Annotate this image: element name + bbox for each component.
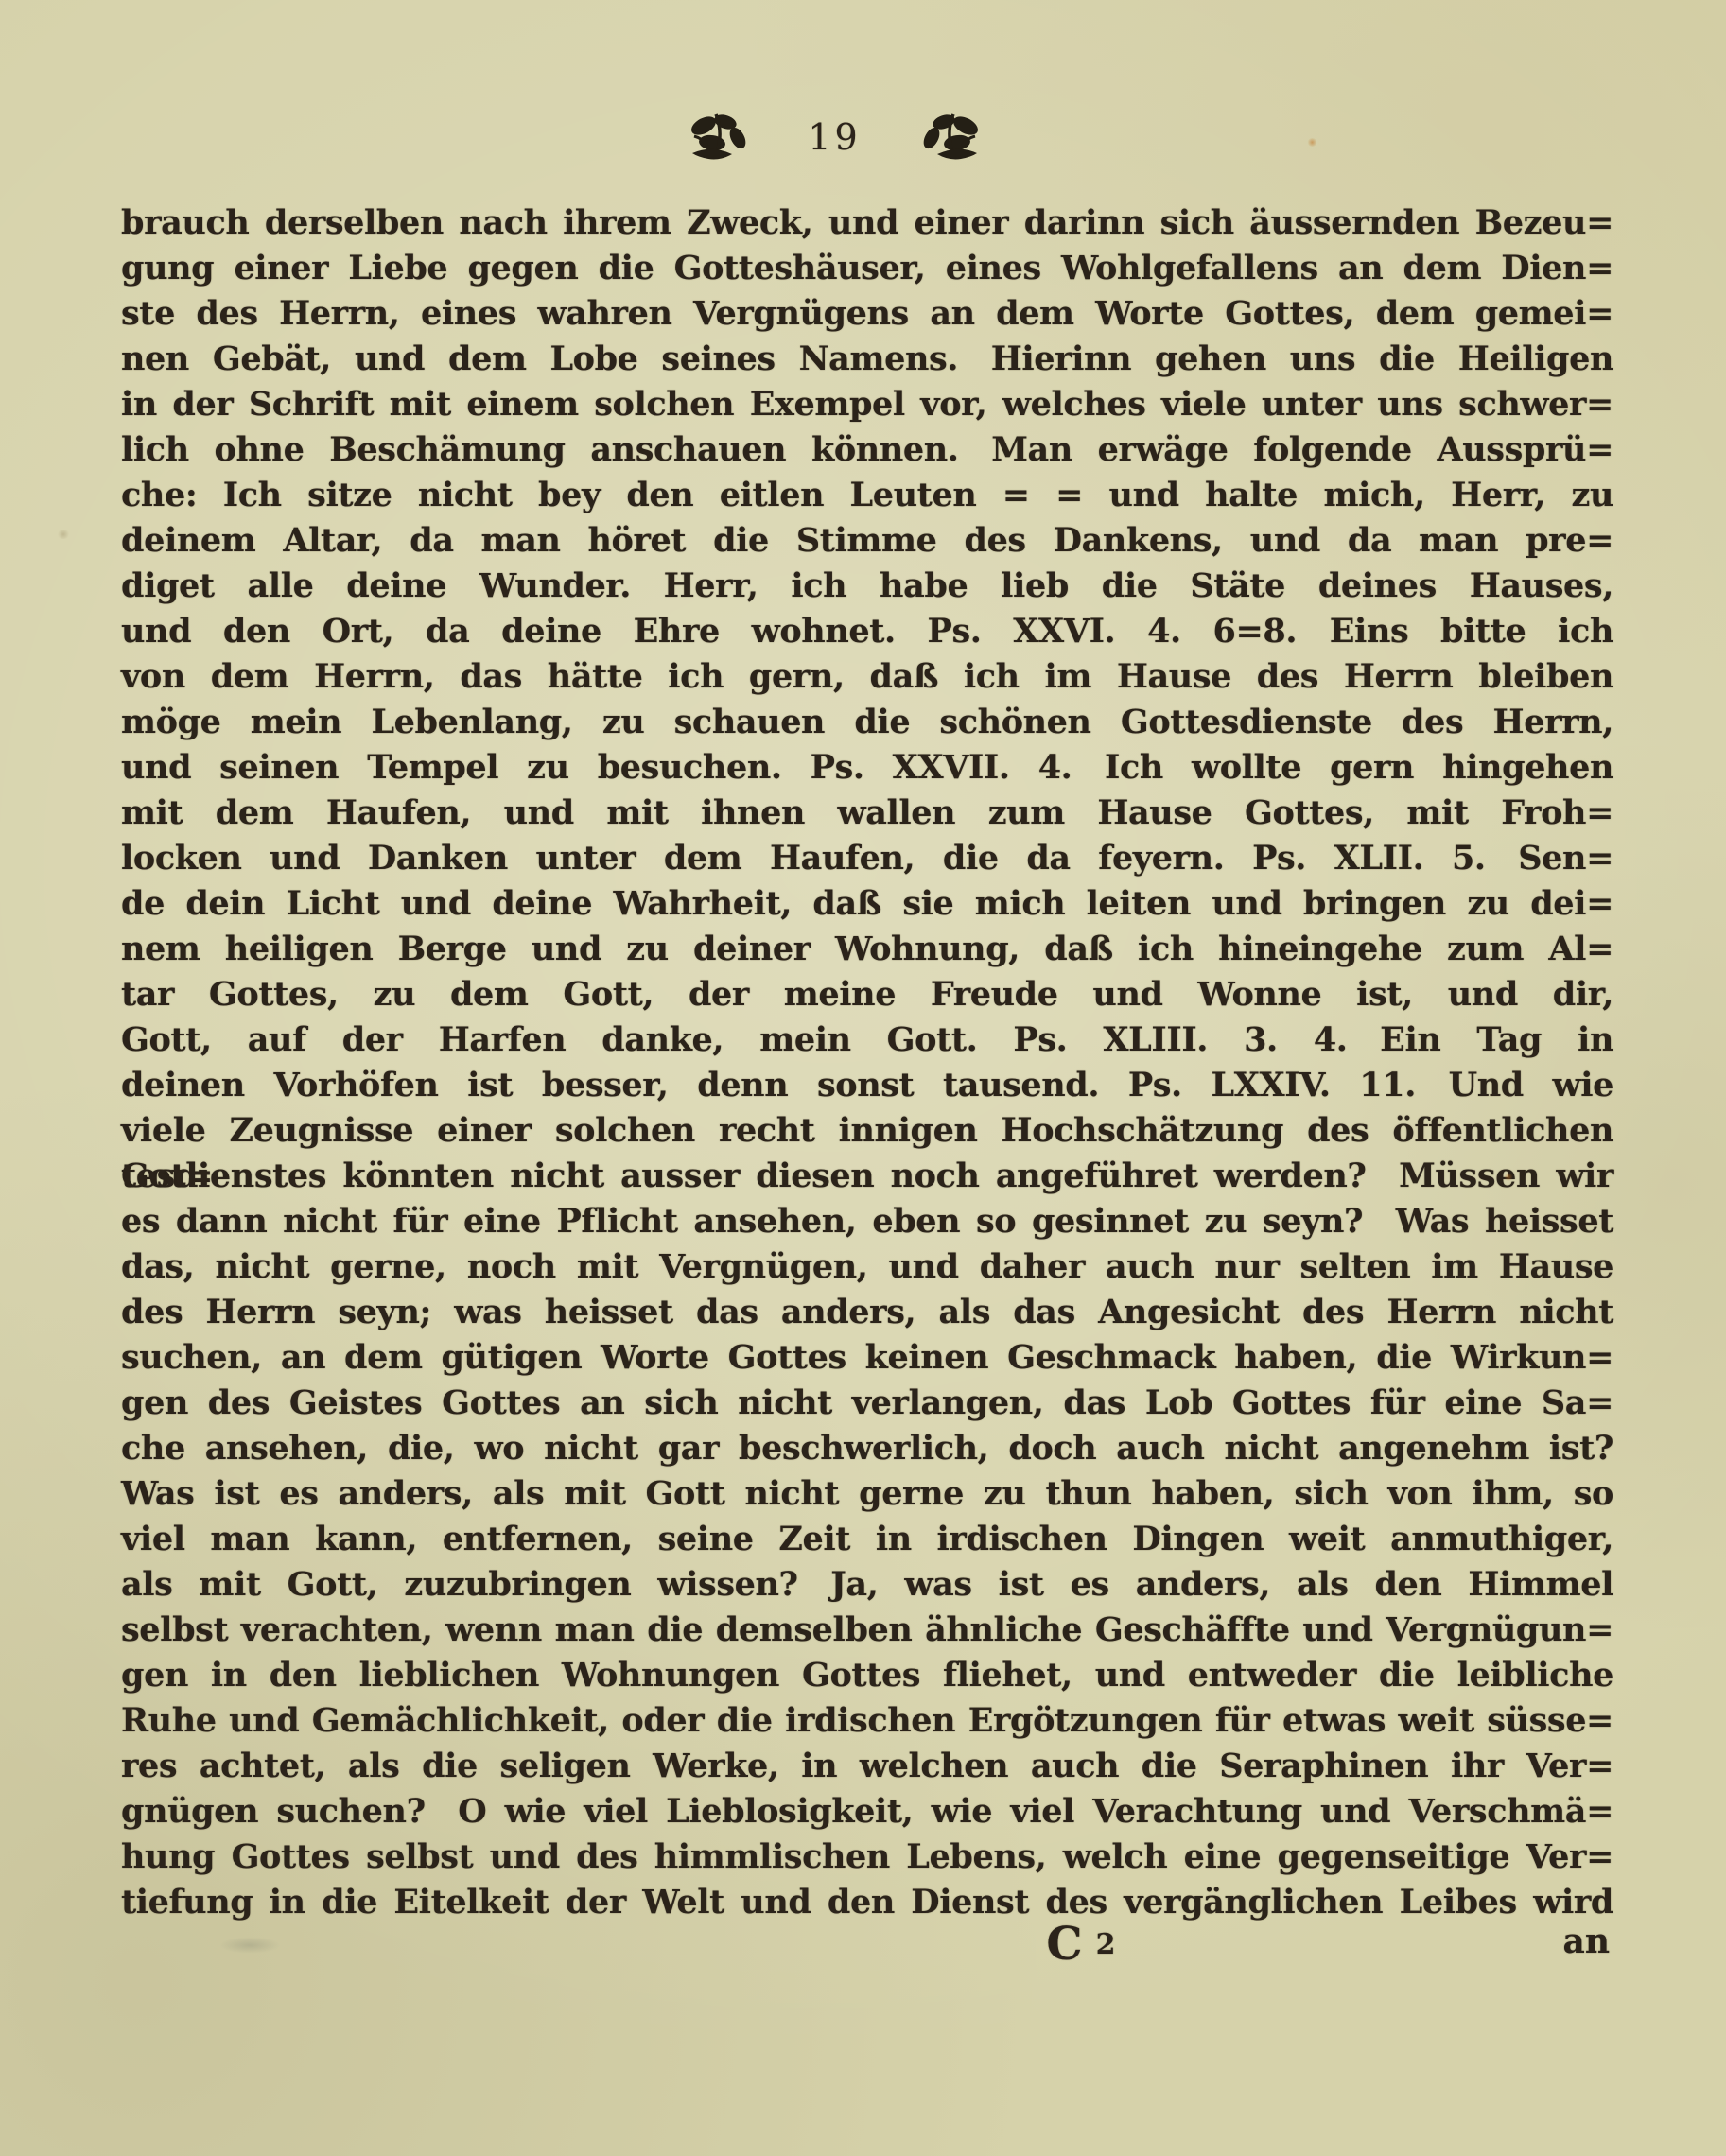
text-line: brauch derselben nach ihrem Zweck, und e… xyxy=(121,200,1613,246)
text-line: gen in den lieblichen Wohnungen Gottes f… xyxy=(121,1653,1613,1698)
text-line: Ruhe und Gemächlichkeit, oder die irdisc… xyxy=(121,1698,1613,1744)
text-line: de dein Licht und deine Wahrheit, daß si… xyxy=(121,881,1613,927)
signature-mark: C2 xyxy=(1046,1918,1115,1971)
book-page: 19 brauch derselben nach ihrem Zweck, un… xyxy=(0,0,1726,2156)
text-line: gung einer Liebe gegen die Gotteshäuser,… xyxy=(121,246,1613,291)
text-line: mit dem Haufen, und mit ihnen wallen zum… xyxy=(121,791,1613,836)
paper-smudge xyxy=(219,1937,280,1954)
text-line: und den Ort, da deine Ehre wohnet. Ps. X… xyxy=(121,609,1613,654)
page-footer: C2 an xyxy=(121,1918,1613,1974)
text-line: gen des Geistes Gottes an sich nicht ver… xyxy=(121,1381,1613,1426)
text-line: res achtet, als die seligen Werke, in we… xyxy=(121,1744,1613,1789)
text-line: von dem Herrn, das hätte ich gern, daß i… xyxy=(121,654,1613,700)
text-line: des Herrn seyn; was heisset das anders, … xyxy=(121,1290,1613,1335)
page-header: 19 xyxy=(0,110,1698,165)
fleuron-ornament-left-icon xyxy=(683,110,753,165)
text-line: Was ist es anders, als mit Gott nicht ge… xyxy=(121,1471,1613,1517)
text-line: tesdienstes könnten nicht ausser diesen … xyxy=(121,1154,1613,1199)
text-line: lich ohne Beschämung anschauen können. M… xyxy=(121,427,1613,473)
text-line: deinem Altar, da man höret die Stimme de… xyxy=(121,518,1613,564)
page-number: 19 xyxy=(808,116,861,158)
text-line: in der Schrift mit einem solchen Exempel… xyxy=(121,382,1613,427)
text-line: suchen, an dem gütigen Worte Gottes kein… xyxy=(121,1335,1613,1381)
text-line: diget alle deine Wunder. Herr, ich habe … xyxy=(121,564,1613,609)
text-line: viele Zeugnisse einer solchen recht inni… xyxy=(121,1108,1613,1154)
text-line: als mit Gott, zuzubringen wissen? Ja, wa… xyxy=(121,1562,1613,1608)
text-line: und seinen Tempel zu besuchen. Ps. XXVII… xyxy=(121,745,1613,791)
paper-stain xyxy=(1307,138,1317,147)
text-line: ste des Herrn, eines wahren Vergnügens a… xyxy=(121,291,1613,337)
text-line: nem heiligen Berge und zu deiner Wohnung… xyxy=(121,927,1613,972)
text-line: Gott, auf der Harfen danke, mein Gott. P… xyxy=(121,1017,1613,1063)
text-line: es dann nicht für eine Pflicht ansehen, … xyxy=(121,1199,1613,1244)
text-line: möge mein Lebenlang, zu schauen die schö… xyxy=(121,700,1613,745)
text-line: hung Gottes selbst und des himmlischen L… xyxy=(121,1834,1613,1880)
text-line: das, nicht gerne, noch mit Vergnügen, un… xyxy=(121,1244,1613,1290)
paper-stain xyxy=(1504,1173,1513,1181)
text-line: viel man kann, entfernen, seine Zeit in … xyxy=(121,1517,1613,1562)
text-line: selbst verachten, wenn man die demselben… xyxy=(121,1608,1613,1653)
text-line: tar Gottes, zu dem Gott, der meine Freud… xyxy=(121,972,1613,1017)
body-text: brauch derselben nach ihrem Zweck, und e… xyxy=(121,200,1613,1925)
text-line: nen Gebät, und dem Lobe seines Namens. H… xyxy=(121,337,1613,382)
signature-number: 2 xyxy=(1096,1928,1116,1961)
text-line: deinen Vorhöfen ist besser, denn sonst t… xyxy=(121,1063,1613,1108)
fleuron-ornament-right-icon xyxy=(916,110,986,165)
catchword: an xyxy=(1563,1921,1611,1961)
signature-letter: C xyxy=(1046,1918,1082,1971)
text-line: che ansehen, die, wo nicht gar beschwerl… xyxy=(121,1426,1613,1471)
text-line: che: Ich sitze nicht bey den eitlen Leut… xyxy=(121,473,1613,518)
paper-stain xyxy=(57,530,70,539)
text-line: gnügen suchen? O wie viel Lieblosigkeit,… xyxy=(121,1789,1613,1834)
text-line: locken und Danken unter dem Haufen, die … xyxy=(121,836,1613,881)
